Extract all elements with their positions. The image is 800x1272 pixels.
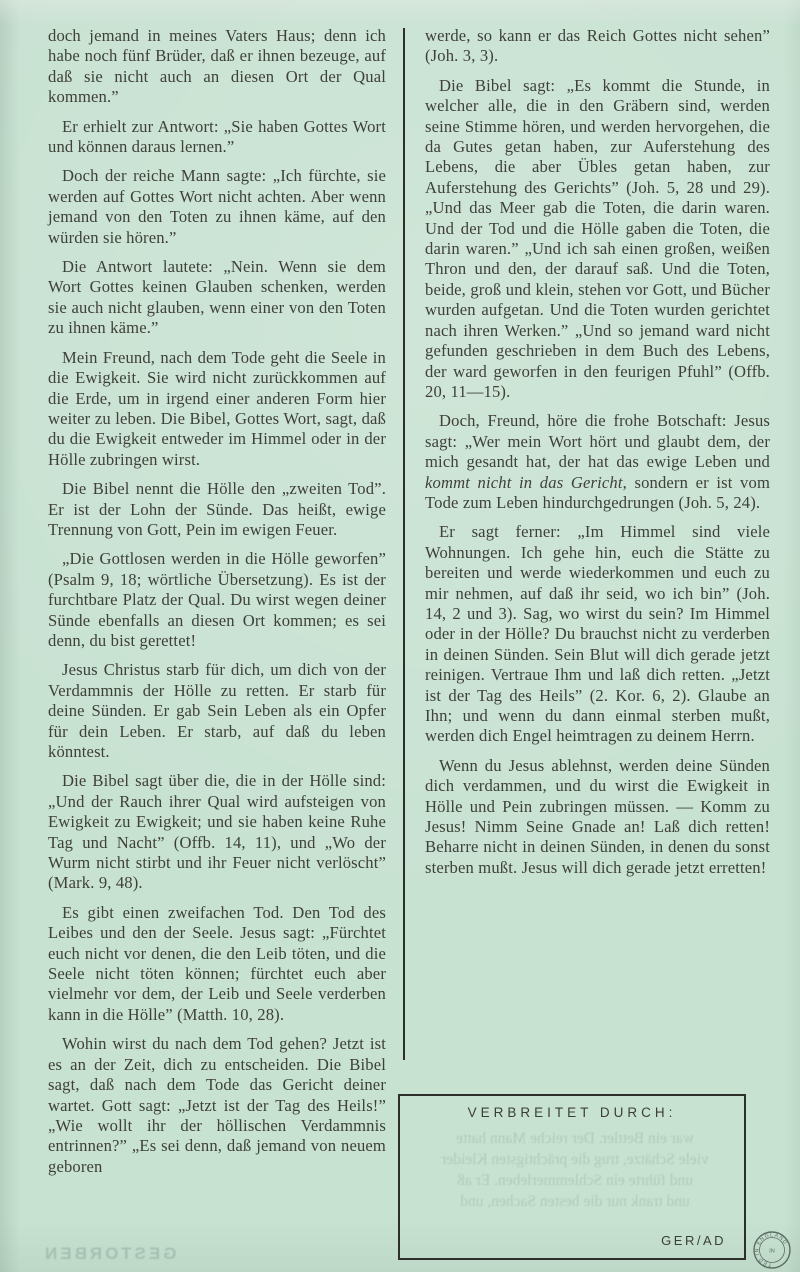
paragraph: Die Bibel nennt die Hölle den „zweiten T… (48, 479, 386, 540)
right-column: werde, so kann er das Reich Gottes nicht… (425, 26, 770, 887)
paragraph: Mein Freund, nach dem Tode geht die Seel… (48, 348, 386, 470)
paragraph: Die Bibel sagt über die, die in der Höll… (48, 771, 386, 893)
paragraph: Die Bibel sagt: „Es kommt die Stunde, in… (425, 76, 770, 403)
paragraph: Er erhielt zur Antwort: „Sie haben Gotte… (48, 117, 386, 158)
column-divider-rule (403, 28, 405, 1060)
paragraph: werde, so kann er das Reich Gottes nicht… (425, 26, 770, 67)
paragraph: doch jemand in meines Vaters Haus; denn … (48, 26, 386, 108)
paragraph-text: Doch, Freund, höre die frohe Botschaft: … (425, 411, 770, 471)
paragraph: Wohin wirst du nach dem Tod gehen? Jetzt… (48, 1034, 386, 1177)
left-column: doch jemand in meines Vaters Haus; denn … (48, 26, 386, 1186)
stamp-center-text: IN (769, 1249, 775, 1255)
italic-phrase: kommt nicht in das Gericht (425, 473, 623, 492)
paragraph: Wenn du Jesus ablehnst, werden deine Sün… (425, 756, 770, 878)
paragraph: Die Antwort lautete: „Nein. Wenn sie dem… (48, 257, 386, 339)
print-code: GER/AD (661, 1233, 726, 1248)
paragraph: Es gibt einen zweifachen Tod. Den Tod de… (48, 903, 386, 1025)
paragraph: Jesus Christus starb für dich, um dich v… (48, 660, 386, 762)
paragraph: „Die Gottlosen werden in die Hölle gewor… (48, 549, 386, 651)
paragraph: Doch der reiche Mann sagte: „Ich fürchte… (48, 166, 386, 248)
distribution-box: VERBREITET DURCH: GER/AD (398, 1094, 746, 1260)
tract-page: doch jemand in meines Vaters Haus; denn … (0, 0, 800, 1272)
show-through-headline: GESTORBEN (42, 1244, 176, 1264)
printed-in-england-stamp: PRINTED IN ENGLAND IN (752, 1230, 792, 1270)
paragraph: Doch, Freund, höre die frohe Botschaft: … (425, 411, 770, 513)
paragraph: Er sagt ferner: „Im Himmel sind viele Wo… (425, 522, 770, 746)
distribution-label: VERBREITET DURCH: (400, 1105, 744, 1120)
